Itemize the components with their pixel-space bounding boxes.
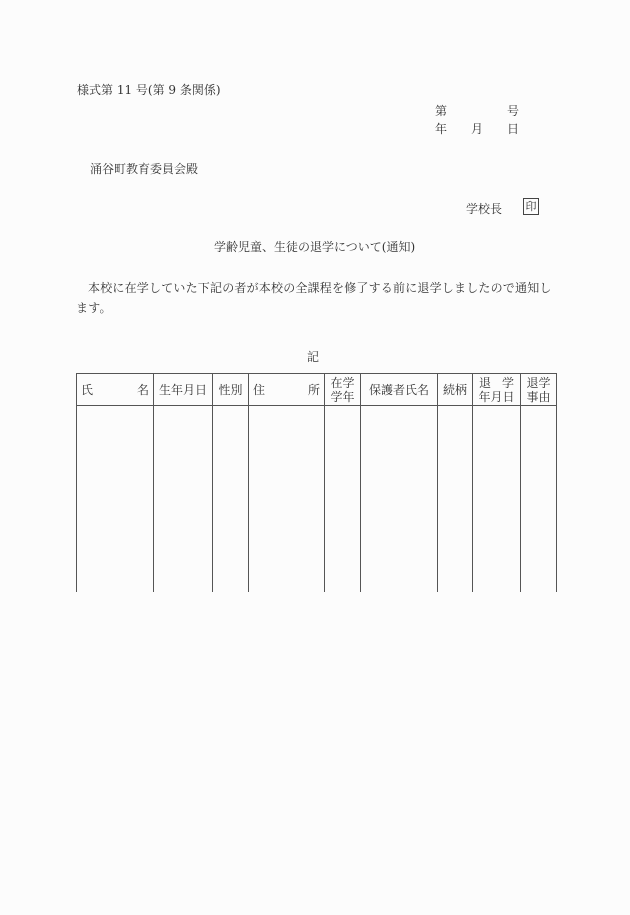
cell-relation[interactable] (438, 406, 473, 593)
cell-withdrawal-date[interactable] (473, 406, 521, 593)
body-paragraph: 本校に在学していた下記の者が本校の全課程を修了する前に退学しましたので通知します… (76, 278, 556, 318)
date-day: 日 (507, 122, 519, 136)
cell-guardian[interactable] (361, 406, 438, 593)
doc-number-prefix: 第 (435, 104, 447, 118)
cell-withdrawal-reason[interactable] (521, 406, 557, 593)
ki-heading: 記 (307, 350, 319, 364)
student-table: 氏名 生年月日 性別 住所 在学学年 保護者氏名 続柄 退学 年月日 退学事由 (76, 373, 557, 592)
date-month: 月 (471, 122, 483, 136)
date-year: 年 (435, 122, 447, 136)
header-gender: 性別 (213, 374, 249, 406)
header-withdrawal-date: 退学 年月日 (473, 374, 521, 406)
header-guardian: 保護者氏名 (361, 374, 438, 406)
table-header-row: 氏名 生年月日 性別 住所 在学学年 保護者氏名 続柄 退学 年月日 退学事由 (77, 374, 557, 406)
header-relation: 続柄 (438, 374, 473, 406)
cell-grade[interactable] (325, 406, 361, 593)
header-address: 住所 (249, 374, 325, 406)
cell-address[interactable] (249, 406, 325, 593)
cell-birthdate[interactable] (154, 406, 213, 593)
seal-stamp-icon: 印 (523, 198, 539, 215)
recipient: 涌谷町教育委員会殿 (90, 162, 198, 176)
cell-gender[interactable] (213, 406, 249, 593)
doc-number-suffix: 号 (507, 104, 519, 118)
sender-title: 学校長 (466, 202, 502, 216)
header-grade: 在学学年 (325, 374, 361, 406)
header-name: 氏名 (77, 374, 154, 406)
document-title: 学齢児童、生徒の退学について(通知) (214, 240, 415, 254)
form-number: 様式第 11 号(第 9 条関係) (77, 83, 221, 97)
header-birthdate: 生年月日 (154, 374, 213, 406)
table-row (77, 406, 557, 593)
header-withdrawal-reason: 退学事由 (521, 374, 557, 406)
cell-name[interactable] (77, 406, 154, 593)
